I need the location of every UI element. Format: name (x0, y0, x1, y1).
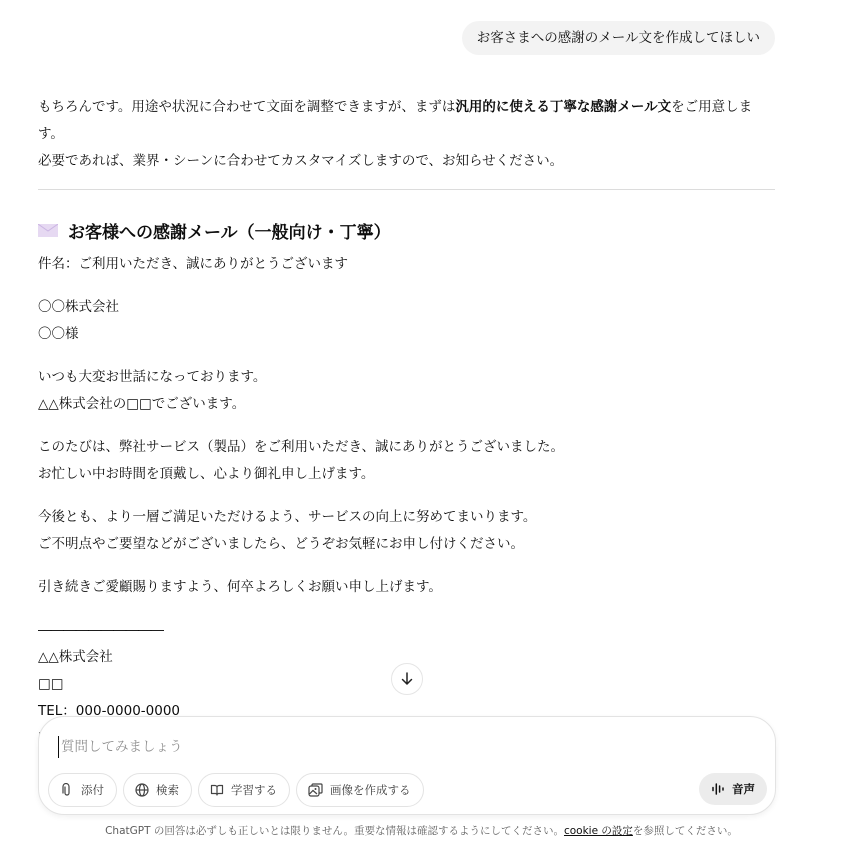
recipient-company: 〇〇株式会社 (38, 294, 775, 321)
attach-label: 添付 (81, 782, 104, 798)
signature-rule: ―――――――――― (38, 617, 775, 644)
body-paragraph: このたびは、弊社サービス（製品）をご利用いただき、誠にありがとうございました。 (38, 434, 775, 461)
sender-intro: △△株式会社の□□でございます。 (38, 391, 775, 418)
voice-button[interactable]: 音声 (699, 773, 767, 805)
prompt-input[interactable] (58, 736, 663, 758)
cookie-settings-link[interactable]: cookie の設定 (564, 825, 633, 837)
image-icon (308, 783, 323, 797)
disclaimer-footer: ChatGPT の回答は必ずしも正しいとは限りません。重要な情報は確認するように… (0, 823, 843, 838)
create-image-button[interactable]: 画像を作成する (296, 773, 424, 807)
email-heading-text: お客様への感謝メール（一般向け・丁寧） (68, 218, 391, 243)
composer: 添付 検索 学習する 画像を作成する 音声 (38, 716, 776, 815)
recipient-name: 〇〇様 (38, 321, 775, 348)
search-label: 検索 (156, 782, 179, 798)
attach-button[interactable]: 添付 (48, 773, 117, 807)
intro-line-1: もちろんです。用途や状況に合わせて文面を調整できますが、まずは汎用的に使える丁寧… (38, 94, 775, 148)
composer-tools: 添付 検索 学習する 画像を作成する (48, 773, 424, 807)
intro-bold-text: 汎用的に使える丁寧な感謝メール文 (455, 99, 671, 115)
body-paragraph: 今後とも、より一層ご満足いただけるよう、サービスの向上に努めてまいります。 (38, 504, 775, 531)
disclaimer-text: を参照してください。 (633, 825, 738, 837)
arrow-down-icon (400, 672, 414, 686)
chat-thread[interactable]: お客さまへの感謝のメール文を作成してほしい もちろんです。用途や状況に合わせて文… (0, 0, 843, 846)
email-heading: お客様への感謝メール（一般向け・丁寧） (38, 217, 775, 243)
globe-icon (135, 783, 149, 797)
waveform-icon (711, 783, 725, 795)
disclaimer-text: ChatGPT の回答は必ずしも正しいとは限りません。重要な情報は確認するように… (105, 825, 564, 837)
divider (38, 189, 775, 190)
voice-label: 音声 (732, 781, 755, 797)
create-image-label: 画像を作成する (330, 782, 411, 798)
paperclip-icon (60, 783, 74, 797)
greeting: いつも大変お世話になっております。 (38, 364, 775, 391)
assistant-intro: もちろんです。用途や状況に合わせて文面を調整できますが、まずは汎用的に使える丁寧… (38, 94, 775, 175)
body-paragraph: ご不明点やご要望などがございましたら、どうぞお気軽にお申し付けください。 (38, 531, 775, 558)
user-message-bubble: お客さまへの感謝のメール文を作成してほしい (462, 21, 775, 55)
scroll-down-button[interactable] (391, 663, 423, 695)
intro-line-2: 必要であれば、業界・シーンに合わせてカスタマイズしますので、お知らせください。 (38, 148, 775, 175)
study-label: 学習する (231, 782, 277, 798)
assistant-message: もちろんです。用途や状況に合わせて文面を調整できますが、まずは汎用的に使える丁寧… (38, 94, 775, 752)
envelope-icon (38, 224, 58, 237)
search-button[interactable]: 検索 (123, 773, 192, 807)
email-subject: 件名：ご利用いただき、誠にありがとうございます (38, 251, 775, 278)
study-button[interactable]: 学習する (198, 773, 290, 807)
body-paragraph: お忙しい中お時間を頂戴し、心より御礼申し上げます。 (38, 461, 775, 488)
intro-text: もちろんです。用途や状況に合わせて文面を調整できますが、まずは (38, 99, 455, 115)
book-icon (210, 783, 224, 797)
closing: 引き続きご愛顧賜りますよう、何卒よろしくお願い申し上げます。 (38, 574, 775, 601)
